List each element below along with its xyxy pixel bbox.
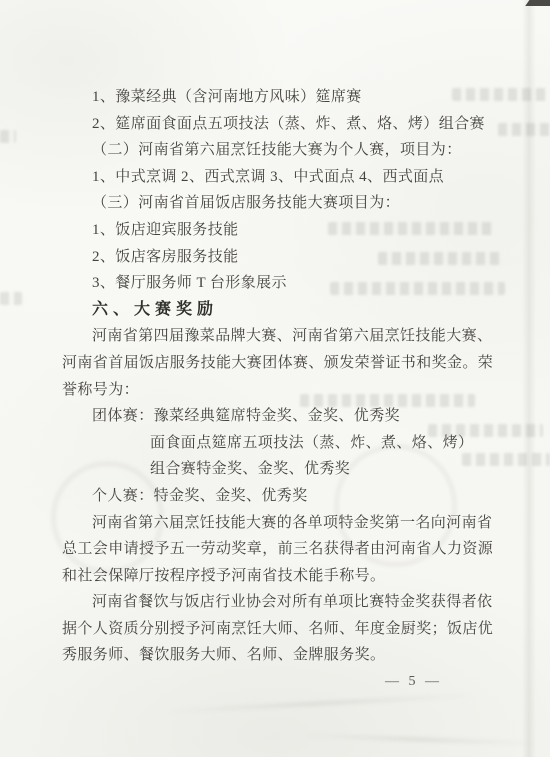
paragraph-line: 河南省首届饭店服务技能大赛团体赛、颁发荣誉证书和奖金。荣 bbox=[62, 350, 480, 377]
paper-wrinkle bbox=[300, 734, 540, 745]
scan-corner-mark bbox=[525, 0, 550, 6]
ink-bleed-smudge bbox=[0, 292, 22, 305]
section-heading: 六、大赛奖励 bbox=[62, 297, 480, 324]
list-item: 1、豫菜经典（含河南地方风味）筵席赛 bbox=[62, 84, 480, 111]
paragraph-line: 个人赛：特金奖、金奖、优秀奖 bbox=[62, 483, 480, 510]
page-number: — 5 — bbox=[62, 669, 480, 696]
paper-wrinkle bbox=[160, 694, 480, 714]
paragraph-line: 河南省餐饮与饭店行业协会对所有单项比赛特金奖获得者依 bbox=[62, 589, 480, 616]
ink-bleed-smudge bbox=[0, 130, 16, 143]
list-item: （二）河南省第六届烹饪技能大赛为个人赛，项目为： bbox=[62, 137, 480, 164]
document-body: 1、豫菜经典（含河南地方风味）筵席赛 2、筵席面食面点五项技法（蒸、炸、煮、烙、… bbox=[62, 84, 480, 696]
paragraph-line: 秀服务师、餐饮服务大师、名师、金牌服务奖。 bbox=[62, 642, 480, 669]
paragraph-line: 据个人资质分别授予河南烹饪大师、名师、年度金厨奖；饭店优 bbox=[62, 616, 480, 643]
document-page: 1、豫菜经典（含河南地方风味）筵席赛 2、筵席面食面点五项技法（蒸、炸、煮、烙、… bbox=[0, 0, 550, 757]
list-item: 1、中式烹调 2、西式烹调 3、中式面点 4、西式面点 bbox=[62, 164, 480, 191]
list-item: 2、筵席面食面点五项技法（蒸、炸、煮、烙、烤）组合赛 bbox=[62, 111, 480, 138]
paragraph-line: 面食面点筵席五项技法（蒸、炸、煮、烙、烤） bbox=[62, 430, 480, 457]
list-item: 2、饭店客房服务技能 bbox=[62, 244, 480, 271]
ink-bleed-smudge bbox=[498, 123, 550, 136]
paragraph-line: 河南省第六届烹饪技能大赛的各单项特金奖第一名向河南省 bbox=[62, 510, 480, 537]
paper-crease bbox=[522, 0, 536, 757]
paragraph-line: 河南省第四届豫菜品牌大赛、河南省第六届烹饪技能大赛、 bbox=[62, 323, 480, 350]
paragraph-line: 组合赛特金奖、金奖、优秀奖 bbox=[62, 456, 480, 483]
paragraph-line: 总工会申请授予五一劳动奖章，前三名获得者由河南省人力资源 bbox=[62, 536, 480, 563]
paragraph-line: 团体赛：豫菜经典筵席特金奖、金奖、优秀奖 bbox=[62, 403, 480, 430]
paragraph-line: 和社会保障厅按程序授予河南省技术能手称号。 bbox=[62, 563, 480, 590]
list-item: 3、餐厅服务师 T 台形象展示 bbox=[62, 270, 480, 297]
list-item: 1、饭店迎宾服务技能 bbox=[62, 217, 480, 244]
list-item: （三）河南省首届饭店服务技能大赛项目为： bbox=[62, 190, 480, 217]
paragraph-line: 誉称号为： bbox=[62, 377, 480, 404]
